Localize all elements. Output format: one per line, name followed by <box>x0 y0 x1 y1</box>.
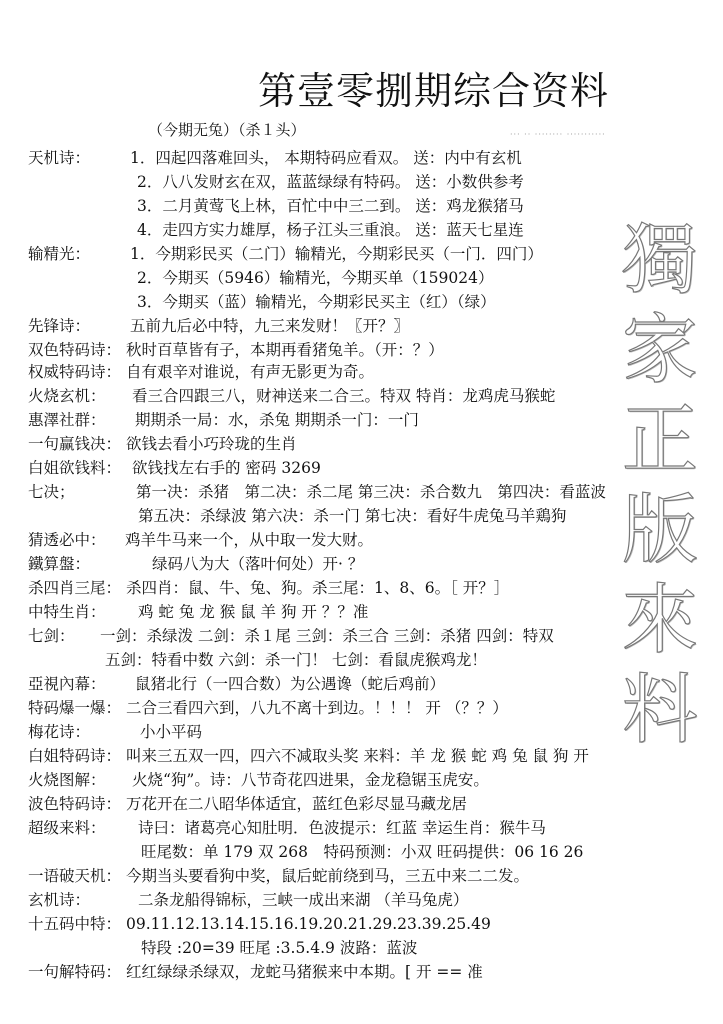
row-text: 红红绿绿杀绿双，龙蛇马猪猴来中本期。[ 开 == 准 <box>126 962 483 982</box>
row-text: 鸡羊牛马来一个，从中取一发大财。 <box>125 530 373 550</box>
row-text: 09.11.12.13.14.15.16.19.20.21.29.23.39.2… <box>126 914 491 934</box>
watermark-char: 正 <box>615 395 705 485</box>
row-label: 一语破天机： <box>28 866 121 886</box>
row-text: 欲钱找左右手的 密码 3269 <box>132 458 321 478</box>
row-label: 鐵算盤： <box>28 554 90 574</box>
row-label: 梅花诗： <box>28 722 90 742</box>
row-text: 第一决：杀猪 第二决：杀二尾 第三决：杀合数九 第四决：看蓝波 <box>136 482 606 502</box>
row-label: 一句解特码： <box>28 962 121 982</box>
row-text: 3．二月黄莺飞上林，百忙中中三二到。 送：鸡龙猴猪马 <box>137 196 524 216</box>
row-label: 超级来料： <box>28 818 106 838</box>
row-text: 五剑：特看中数 六剑：杀一门！ 七剑：看鼠虎猴鸡龙！ <box>105 650 487 670</box>
row-label: 权威特码诗： <box>28 362 121 382</box>
row-label: 白姐特码诗： <box>28 746 121 766</box>
row-text: 万花开在二八昭华体适宜，蓝红色彩尽显马藏龙居 <box>126 794 467 814</box>
page-title: 第壹零捌期综合资料 <box>258 60 609 115</box>
row-text: 4．走四方实力雄厚，杨子江头三重浪。 送：蓝天七星连 <box>137 220 524 240</box>
row-label: 七剑： <box>28 626 75 646</box>
row-text: 2．八八发财玄在双，蓝蓝绿绿有特码。 送：小数供参考 <box>137 172 524 192</box>
row-label: 亞視內幕： <box>28 674 106 694</box>
row-text: 诗曰：诸葛亮心知肚明．色波提示：红蓝 幸运生肖：猴牛马 <box>138 818 546 838</box>
row-label: 十五码中特： <box>28 914 121 934</box>
row-text: 2．今期买（5946）输精光，今期买单（159024） <box>137 268 493 288</box>
row-text: 一剑：杀绿泼 二剑：杀１尾 三剑：杀三合 三剑：杀猪 四剑：特双 <box>100 626 554 646</box>
row-label: 中特生肖： <box>28 602 106 622</box>
row-label: 白姐欲钱料： <box>28 458 121 478</box>
row-text: 1．四起四落难回头， 本期特码应看双。 送：内中有玄机 <box>130 148 522 168</box>
row-label: 双色特码诗： <box>28 340 121 360</box>
row-text: 旺尾数：单 179 双 268 特码预测：小双 旺码提供：06 16 26 <box>141 842 583 862</box>
row-label: 一句赢钱决： <box>28 434 121 454</box>
row-text: 看三合四跟三八，财神送来二合三。特双 特肖：龙鸡虎马猴蛇 <box>132 386 555 406</box>
row-text: 期期杀一局：水，杀兔 期期杀一门：一门 <box>135 410 419 430</box>
row-text: 二条龙船得锦标，三峡一成出来湖 （羊马兔虎） <box>138 890 468 910</box>
row-label: 波色特码诗： <box>28 794 121 814</box>
row-label: 火烧玄机： <box>28 386 106 406</box>
row-label: 惠澤社群： <box>28 410 106 430</box>
row-label: 七决； <box>28 482 75 502</box>
watermark-char: 版 <box>615 485 705 575</box>
row-text: 鼠猪北行（一四合数）为公遇谗（蛇后鸡前） <box>135 674 445 694</box>
row-text: 特段 :20=39 旺尾 :3.5.4.9 波路：蓝波 <box>141 938 417 958</box>
row-label: 玄机诗： <box>28 890 90 910</box>
watermark-char: 家 <box>615 305 705 395</box>
row-text: 小小平码 <box>140 722 202 742</box>
row-label: 火烧图解： <box>28 770 106 790</box>
subtitle: （今期无兔）（杀１头） <box>148 119 306 140</box>
row-text: 叫来三五双一四，四六不减取头奖 来料：羊 龙 猴 蛇 鸡 兔 鼠 狗 开 <box>126 746 589 766</box>
row-text: 五前九后必中特，九三来发财！〖开？〗 <box>130 316 409 336</box>
row-label: 天机诗： <box>28 148 90 168</box>
faint-text: ··· ·· ········ ··········· <box>510 130 606 139</box>
row-text: 鸡 蛇 兔 龙 猴 鼠 羊 狗 开 ？？准 <box>138 602 368 622</box>
watermark-char: 獨 <box>615 215 705 305</box>
row-text: 绿码八为大（落叶何处）开· ？ <box>152 554 363 574</box>
row-text: 3．今期买（蓝）输精光，今期彩民买主（红）（绿） <box>137 292 496 312</box>
row-text: 今期当头要看狗中奖，鼠后蛇前绕到马，三五中来二二发。 <box>126 866 529 886</box>
row-text: 1．今期彩民买（二门）输精光，今期彩民买（一门．四门） <box>130 244 543 264</box>
row-text: 杀四肖：鼠、牛、兔、狗。杀三尾：1、8、6。［ 开？］ <box>126 578 509 598</box>
row-text: 秋时百草皆有子，本期再看猪兔羊。（开：？） <box>126 340 444 360</box>
row-text: 欲钱去看小巧玲珑的生肖 <box>126 434 297 454</box>
row-text: 火烧“狗”。诗：八节奇花四进果，金龙稳锯玉虎安。 <box>132 770 489 790</box>
watermark-char: 來 <box>615 575 705 665</box>
watermark: 獨 家 正 版 來 料 <box>615 215 705 755</box>
watermark-char: 料 <box>615 665 705 755</box>
row-label: 特码爆一爆： <box>28 698 121 718</box>
row-label: 先锋诗： <box>28 316 90 336</box>
row-text: 自有艰辛对谁说，有声无影更为奇。 <box>126 362 374 382</box>
row-label: 杀四肖三尾： <box>28 578 121 598</box>
row-label: 输精光： <box>28 244 90 264</box>
row-text: 第五决：杀绿波 第六决：杀一门 第七决：看好牛虎兔马羊鶏狗 <box>138 506 566 526</box>
row-text: 二合三看四六到，八九不离十到边。！！！ 开 （？？） <box>126 698 508 718</box>
row-label: 猜透必中： <box>28 530 106 550</box>
